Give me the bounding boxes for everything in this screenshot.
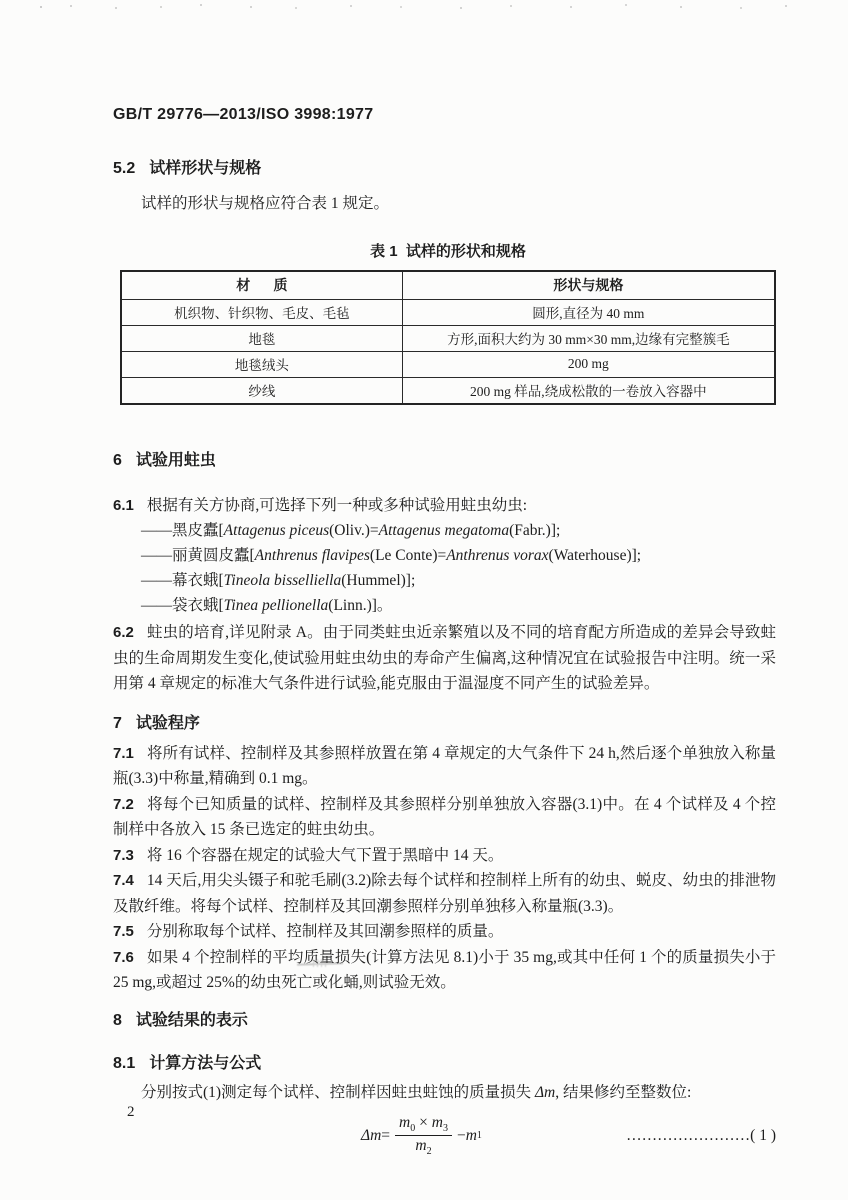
species-latin-name: Anthrenus vorax <box>446 547 548 564</box>
variable-m2: m <box>415 1137 426 1154</box>
table-row: 地毯绒头 200 mg <box>121 351 775 377</box>
species-list-item: ——丽黄圆皮蠹[Anthrenus flavipes(Le Conte)=Ant… <box>113 543 776 568</box>
clause-7-4: 7.414 天后,用尖头镊子和驼毛刷(3.2)除去每个试样和控制样上所有的幼虫、… <box>113 868 776 919</box>
species-author: (Oliv.)= <box>329 522 379 539</box>
clause-6-1: 6.1根据有关方协商,可选择下列一种或多种试验用蛀虫幼虫: <box>113 493 776 519</box>
clause-7-5: 7.5分别称取每个试样、控制样及其回潮参照样的质量。 <box>113 919 776 945</box>
page-number: 2 <box>127 1104 135 1121</box>
table-row: 纱线 200 mg 样品,绕成松散的一卷放入容器中 <box>121 377 775 404</box>
species-list-item: ——幕衣蛾[Tineola bisselliella(Hummel)]; <box>113 568 776 593</box>
species-chinese: ——幕衣蛾[ <box>141 572 224 589</box>
equation-1: Δm=m0 × m3m2 − m1 …………………… ( 1 ) <box>113 1114 776 1157</box>
delta-m-variable: Δm <box>535 1084 555 1101</box>
minus-sign: − <box>457 1127 466 1145</box>
cell-spec: 方形,面积大约为 30 mm×30 mm,边缘有完整簇毛 <box>402 325 775 351</box>
scan-smudge <box>297 959 345 968</box>
table-header-row: 材 质 形状与规格 <box>121 271 775 300</box>
section-8-1-paragraph: 分别按式(1)测定每个试样、控制样因蛀虫蛀蚀的质量损失 Δm, 结果修约至整数位… <box>113 1080 776 1106</box>
species-author: (Linn.)]。 <box>328 597 392 614</box>
clause-text: 14 天后,用尖头镊子和驼毛刷(3.2)除去每个试样和控制样上所有的幼虫、蜕皮、… <box>113 872 776 915</box>
equation-number: ( 1 ) <box>750 1127 776 1145</box>
variable-m3: m <box>432 1114 443 1131</box>
clause-number: 7.5 <box>113 923 134 940</box>
species-chinese: ——黑皮蠹[ <box>141 522 224 539</box>
species-latin-name: Attagenus megatoma <box>379 522 509 539</box>
section-number: 7 <box>113 715 122 732</box>
table-row: 机织物、针织物、毛皮、毛毡 圆形,直径为 40 mm <box>121 299 775 325</box>
table-header-material: 材 质 <box>121 271 402 300</box>
cell-material: 纱线 <box>121 377 402 404</box>
species-chinese: ——袋衣蛾[ <box>141 597 224 614</box>
cell-spec: 圆形,直径为 40 mm <box>402 299 775 325</box>
clause-6-2: 6.2蛀虫的培育,详见附录 A。由于同类蛀虫近亲繁殖以及不同的培育配方所造成的差… <box>113 620 776 697</box>
clause-text: 蛀虫的培育,详见附录 A。由于同类蛀虫近亲繁殖以及不同的培育配方所造成的差异会导… <box>113 624 776 692</box>
fraction-numerator: m0 × m3 <box>395 1114 452 1136</box>
clause-text: 将所有试样、控制样及其参照样放置在第 4 章规定的大气条件下 24 h,然后逐个… <box>113 745 776 788</box>
species-latin-name: Tinea pellionella <box>224 597 329 614</box>
species-chinese: ——丽黄圆皮蠹[ <box>141 547 255 564</box>
equals-sign: = <box>381 1127 390 1145</box>
clause-number: 7.2 <box>113 796 134 813</box>
variable-m0: m <box>399 1114 410 1131</box>
section-number: 5.2 <box>113 160 135 177</box>
clause-number: 7.4 <box>113 872 134 889</box>
table-header-spec: 形状与规格 <box>402 271 775 300</box>
standard-number-header: GB/T 29776—2013/ISO 3998:1977 <box>113 106 776 124</box>
section-5-2-paragraph: 试样的形状与规格应符合表 1 规定。 <box>113 191 776 217</box>
section-8-heading: 8试验结果的表示 <box>113 1007 776 1030</box>
cell-spec: 200 mg 样品,绕成松散的一卷放入容器中 <box>402 377 775 404</box>
clause-7-3: 7.3将 16 个容器在规定的试验大气下置于黑暗中 14 天。 <box>113 843 776 869</box>
section-title: 试验结果的表示 <box>136 1012 248 1029</box>
clause-7-6: 7.6如果 4 个控制样的平均质量损失(计算方法见 8.1)小于 35 mg,或… <box>113 945 776 996</box>
species-list-item: ——黑皮蠹[Attagenus piceus(Oliv.)=Attagenus … <box>113 518 776 543</box>
clause-7-2: 7.2将每个已知质量的试样、控制样及其参照样分别单独放入容器(3.1)中。在 4… <box>113 792 776 843</box>
subscript-1: 1 <box>477 1130 482 1141</box>
clause-text: 分别称取每个试样、控制样及其回潮参照样的质量。 <box>147 923 504 940</box>
subscript-2: 2 <box>427 1146 432 1157</box>
table-row: 地毯 方形,面积大约为 30 mm×30 mm,边缘有完整簇毛 <box>121 325 775 351</box>
section-title: 试验程序 <box>136 715 200 732</box>
section-8-1-heading: 8.1计算方法与公式 <box>113 1050 776 1073</box>
species-latin-name: Tineola bisselliella <box>224 572 342 589</box>
species-author: (Hummel)]; <box>341 572 415 589</box>
cell-material: 机织物、针织物、毛皮、毛毡 <box>121 299 402 325</box>
paragraph-text: , 结果修约至整数位: <box>555 1084 691 1101</box>
page-content: GB/T 29776—2013/ISO 3998:1977 5.2试样形状与规格… <box>113 106 776 1157</box>
times-sign: × <box>415 1114 432 1131</box>
section-title: 试验用蛀虫 <box>136 452 216 469</box>
clause-text: 将每个已知质量的试样、控制样及其参照样分别单独放入容器(3.1)中。在 4 个试… <box>113 796 776 839</box>
table-1: 材 质 形状与规格 机织物、针织物、毛皮、毛毡 圆形,直径为 40 mm 地毯 … <box>120 270 776 405</box>
section-number: 6 <box>113 452 122 469</box>
formula-expression: Δm=m0 × m3m2 − m1 <box>361 1114 482 1157</box>
clause-text: 将 16 个容器在规定的试验大气下置于黑暗中 14 天。 <box>147 847 504 864</box>
subscript-3: 3 <box>443 1123 448 1134</box>
section-title: 试样形状与规格 <box>149 160 261 177</box>
species-author: (Le Conte)= <box>370 547 446 564</box>
species-author: (Waterhouse)]; <box>549 547 642 564</box>
paragraph-text: 分别按式(1)测定每个试样、控制样因蛀虫蛀蚀的质量损失 <box>141 1084 535 1101</box>
species-latin-name: Anthrenus flavipes <box>255 547 370 564</box>
cell-material: 地毯 <box>121 325 402 351</box>
section-number: 8 <box>113 1012 122 1029</box>
clause-7-1: 7.1将所有试样、控制样及其参照样放置在第 4 章规定的大气条件下 24 h,然… <box>113 741 776 792</box>
clause-number: 6.1 <box>113 497 134 514</box>
section-7-heading: 7试验程序 <box>113 710 776 733</box>
clause-text: 根据有关方协商,可选择下列一种或多种试验用蛀虫幼虫: <box>147 497 527 514</box>
fraction-denominator: m2 <box>395 1136 452 1157</box>
section-6-heading: 6试验用蛀虫 <box>113 447 776 470</box>
species-latin-name: Attagenus piceus <box>224 522 329 539</box>
dot-leader: …………………… <box>626 1127 750 1145</box>
clause-number: 6.2 <box>113 624 134 641</box>
species-author: (Fabr.)]; <box>509 522 560 539</box>
section-title: 计算方法与公式 <box>149 1055 261 1072</box>
formula-lhs: Δm <box>361 1127 381 1145</box>
scan-noise <box>40 6 42 8</box>
table-1-caption: 表 1 试样的形状和规格 <box>120 240 776 261</box>
species-list-item: ——袋衣蛾[Tinea pellionella(Linn.)]。 <box>113 593 776 618</box>
clause-number: 7.6 <box>113 949 134 966</box>
cell-spec: 200 mg <box>402 351 775 377</box>
clause-number: 7.3 <box>113 847 134 864</box>
formula-fraction: m0 × m3m2 <box>395 1114 452 1157</box>
clause-text: 如果 4 个控制样的平均质量损失(计算方法见 8.1)小于 35 mg,或其中任… <box>113 949 776 992</box>
section-number: 8.1 <box>113 1055 135 1072</box>
clause-number: 7.1 <box>113 745 134 762</box>
variable-m1: m <box>466 1127 477 1145</box>
cell-material: 地毯绒头 <box>121 351 402 377</box>
section-7-clauses: 7.1将所有试样、控制样及其参照样放置在第 4 章规定的大气条件下 24 h,然… <box>113 741 776 996</box>
document-page: GB/T 29776—2013/ISO 3998:1977 5.2试样形状与规格… <box>0 0 848 1200</box>
section-5-2-heading: 5.2试样形状与规格 <box>113 155 776 178</box>
